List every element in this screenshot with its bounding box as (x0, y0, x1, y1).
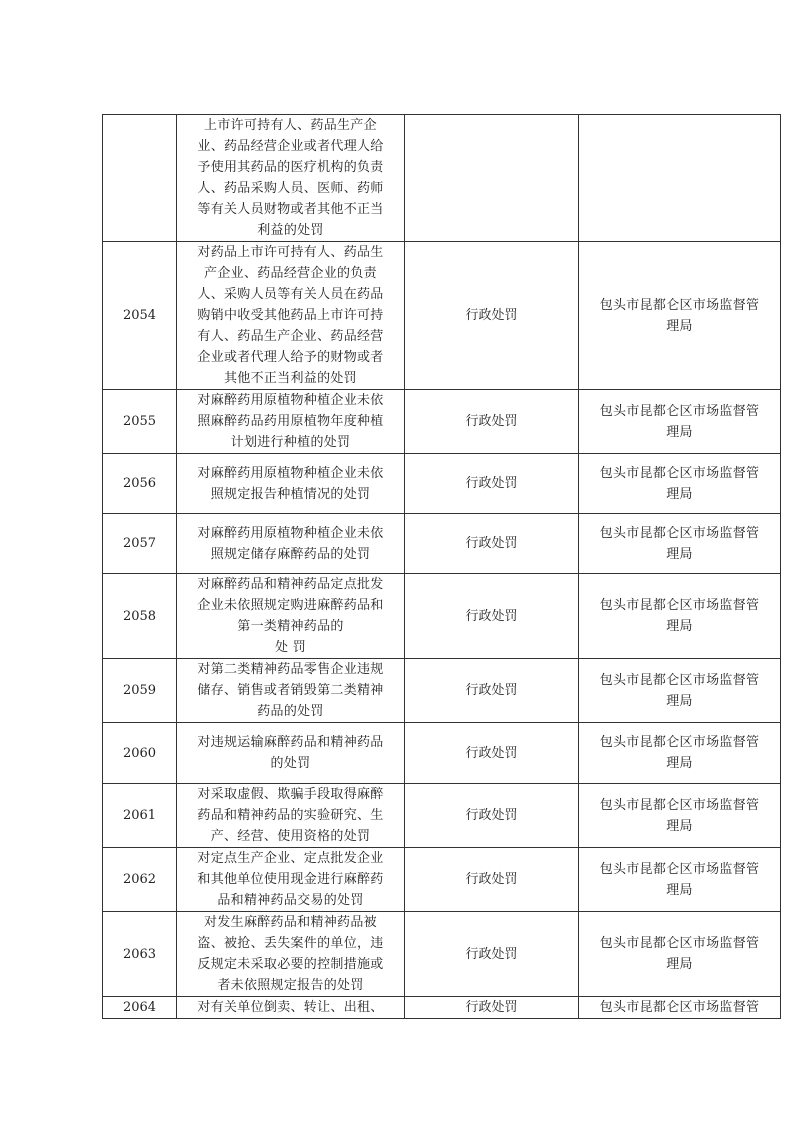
table-row: 2061 对采取虚假、欺骗手段取得麻醉 药品和精神药品的实验研究、生 产、经营、… (103, 784, 781, 848)
authority-name: 包头市昆都仑区市场监督管 理局 (579, 795, 780, 837)
authority-cell: 包头市昆都仑区市场监督管 理局 (579, 514, 781, 574)
authority-name: 包头市昆都仑区市场监督管 理局 (579, 595, 780, 637)
row-number (103, 115, 177, 242)
table-row: 2054 对药品上市许可持有人、药品生 产企业、药品经营企业的负责 人、采购人员… (103, 242, 781, 390)
row-number: 2062 (103, 848, 177, 912)
authority-cell (579, 115, 781, 242)
power-name-cell: 对有关单位倒卖、转让、出租、 (177, 997, 405, 1019)
row-number: 2055 (103, 390, 177, 454)
table-row: 上市许可持有人、药品生产企 业、药品经营企业或者代理人给 予使用其药品的医疗机构… (103, 115, 781, 242)
table-row: 2064 对有关单位倒卖、转让、出租、 行政处罚 包头市昆都仑区市场监督管 (103, 997, 781, 1019)
power-name: 对麻醉药用原植物种植企业未依 照规定报告种植情况的处罚 (177, 463, 404, 505)
row-number: 2061 (103, 784, 177, 848)
row-number: 2060 (103, 723, 177, 784)
power-type: 行政处罚 (405, 574, 579, 659)
power-name-cell: 对发生麻醉药品和精神药品被 盗、被抢、丢失案件的单位，违 反规定未采取必要的控制… (177, 912, 405, 997)
authority-cell: 包头市昆都仑区市场监督管 理局 (579, 723, 781, 784)
power-type: 行政处罚 (405, 514, 579, 574)
authority-cell: 包头市昆都仑区市场监督管 理局 (579, 848, 781, 912)
power-type: 行政处罚 (405, 390, 579, 454)
document-page: 上市许可持有人、药品生产企 业、药品经营企业或者代理人给 予使用其药品的医疗机构… (0, 0, 793, 1122)
power-name-cell: 对采取虚假、欺骗手段取得麻醉 药品和精神药品的实验研究、生 产、经营、使用资格的… (177, 784, 405, 848)
power-name-cell: 对定点生产企业、定点批发企业 和其他单位使用现金进行麻醉药 品和精神药品交易的处… (177, 848, 405, 912)
authority-name: 包头市昆都仑区市场监督管 理局 (579, 523, 780, 565)
authority-cell: 包头市昆都仑区市场监督管 理局 (579, 454, 781, 514)
authority-name: 包头市昆都仑区市场监督管 理局 (579, 732, 780, 774)
authority-name: 包头市昆都仑区市场监督管 (579, 997, 780, 1018)
authority-name: 包头市昆都仑区市场监督管 理局 (579, 670, 780, 712)
authority-cell: 包头市昆都仑区市场监督管 (579, 997, 781, 1019)
power-type: 行政处罚 (405, 454, 579, 514)
row-number: 2058 (103, 574, 177, 659)
table-row: 2060 对违规运输麻醉药品和精神药品 的处罚 行政处罚 包头市昆都仑区市场监督… (103, 723, 781, 784)
power-type: 行政处罚 (405, 659, 579, 723)
power-type: 行政处罚 (405, 997, 579, 1019)
authority-cell: 包头市昆都仑区市场监督管 理局 (579, 784, 781, 848)
authority-name: 包头市昆都仑区市场监督管 理局 (579, 463, 780, 505)
power-name-cell: 对麻醉药品和精神药品定点批发 企业未依照规定购进麻醉药品和 第一类精神药品的 处… (177, 574, 405, 659)
row-number: 2059 (103, 659, 177, 723)
table-row: 2055 对麻醉药用原植物种植企业未依 照麻醉药品药用原植物年度种植 计划进行种… (103, 390, 781, 454)
table-row: 2063 对发生麻醉药品和精神药品被 盗、被抢、丢失案件的单位，违 反规定未采取… (103, 912, 781, 997)
authority-cell: 包头市昆都仑区市场监督管 理局 (579, 912, 781, 997)
power-name-cell: 对麻醉药用原植物种植企业未依 照规定储存麻醉药品的处罚 (177, 514, 405, 574)
authority-cell: 包头市昆都仑区市场监督管 理局 (579, 390, 781, 454)
table-row: 2059 对第二类精神药品零售企业违规 储存、销售或者销毁第二类精神 药品的处罚… (103, 659, 781, 723)
authority-name: 包头市昆都仑区市场监督管 理局 (579, 295, 780, 337)
administrative-powers-table: 上市许可持有人、药品生产企 业、药品经营企业或者代理人给 予使用其药品的医疗机构… (102, 114, 781, 1019)
row-number: 2064 (103, 997, 177, 1019)
table-row: 2056 对麻醉药用原植物种植企业未依 照规定报告种植情况的处罚 行政处罚 包头… (103, 454, 781, 514)
authority-cell: 包头市昆都仑区市场监督管 理局 (579, 242, 781, 390)
power-name: 对麻醉药用原植物种植企业未依 照麻醉药品药用原植物年度种植 计划进行种植的处罚 (177, 390, 404, 453)
power-name-cell: 对药品上市许可持有人、药品生 产企业、药品经营企业的负责 人、采购人员等有关人员… (177, 242, 405, 390)
power-type: 行政处罚 (405, 242, 579, 390)
power-name: 对第二类精神药品零售企业违规 储存、销售或者销毁第二类精神 药品的处罚 (177, 659, 404, 722)
power-name: 对麻醉药品和精神药品定点批发 企业未依照规定购进麻醉药品和 第一类精神药品的 处… (177, 574, 404, 658)
power-name: 上市许可持有人、药品生产企 业、药品经营企业或者代理人给 予使用其药品的医疗机构… (177, 115, 404, 241)
power-name-cell: 对违规运输麻醉药品和精神药品 的处罚 (177, 723, 405, 784)
power-type: 行政处罚 (405, 848, 579, 912)
authority-name: 包头市昆都仑区市场监督管 理局 (579, 401, 780, 443)
power-name: 对采取虚假、欺骗手段取得麻醉 药品和精神药品的实验研究、生 产、经营、使用资格的… (177, 784, 404, 847)
authority-cell: 包头市昆都仑区市场监督管 理局 (579, 574, 781, 659)
authority-cell: 包头市昆都仑区市场监督管 理局 (579, 659, 781, 723)
power-type: 行政处罚 (405, 784, 579, 848)
authority-name: 包头市昆都仑区市场监督管 理局 (579, 933, 780, 975)
power-type: 行政处罚 (405, 912, 579, 997)
row-number: 2063 (103, 912, 177, 997)
power-name-cell: 上市许可持有人、药品生产企 业、药品经营企业或者代理人给 予使用其药品的医疗机构… (177, 115, 405, 242)
power-name: 对有关单位倒卖、转让、出租、 (177, 997, 404, 1018)
power-name-cell: 对麻醉药用原植物种植企业未依 照规定报告种植情况的处罚 (177, 454, 405, 514)
power-name: 对发生麻醉药品和精神药品被 盗、被抢、丢失案件的单位，违 反规定未采取必要的控制… (177, 912, 404, 996)
row-number: 2056 (103, 454, 177, 514)
row-number: 2057 (103, 514, 177, 574)
power-name: 对麻醉药用原植物种植企业未依 照规定储存麻醉药品的处罚 (177, 523, 404, 565)
power-type (405, 115, 579, 242)
power-name-cell: 对第二类精神药品零售企业违规 储存、销售或者销毁第二类精神 药品的处罚 (177, 659, 405, 723)
authority-name: 包头市昆都仑区市场监督管 理局 (579, 859, 780, 901)
power-name-cell: 对麻醉药用原植物种植企业未依 照麻醉药品药用原植物年度种植 计划进行种植的处罚 (177, 390, 405, 454)
power-name: 对定点生产企业、定点批发企业 和其他单位使用现金进行麻醉药 品和精神药品交易的处… (177, 848, 404, 911)
row-number: 2054 (103, 242, 177, 390)
table-row: 2058 对麻醉药品和精神药品定点批发 企业未依照规定购进麻醉药品和 第一类精神… (103, 574, 781, 659)
table-row: 2062 对定点生产企业、定点批发企业 和其他单位使用现金进行麻醉药 品和精神药… (103, 848, 781, 912)
power-type: 行政处罚 (405, 723, 579, 784)
table-row: 2057 对麻醉药用原植物种植企业未依 照规定储存麻醉药品的处罚 行政处罚 包头… (103, 514, 781, 574)
power-name: 对违规运输麻醉药品和精神药品 的处罚 (177, 732, 404, 774)
power-name: 对药品上市许可持有人、药品生 产企业、药品经营企业的负责 人、采购人员等有关人员… (177, 242, 404, 389)
